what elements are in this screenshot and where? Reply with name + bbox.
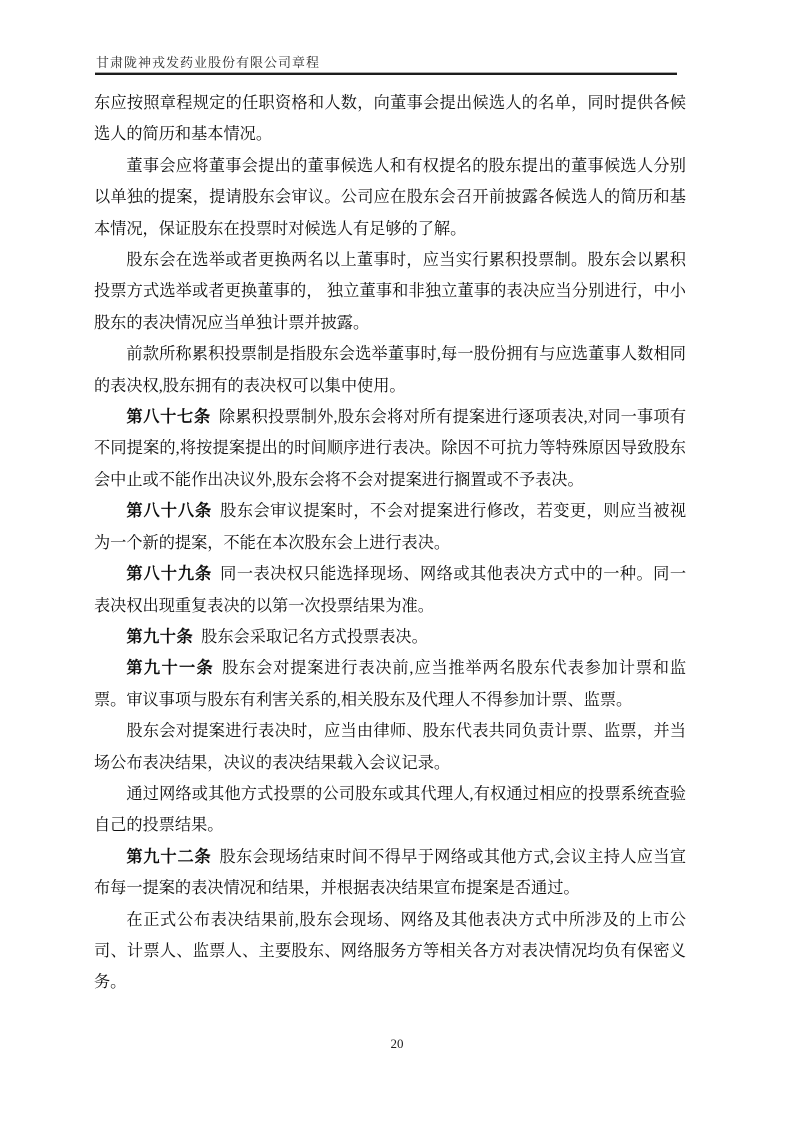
paragraph-text: 股东会采取记名方式投票表决。 (201, 628, 428, 646)
paragraph: 股东会对提案进行表决时，应当由律师、股东代表共同负责计票、监票，并当场公布表决结… (94, 716, 686, 779)
article-number: 第九十条 (126, 628, 193, 646)
paragraph: 第九十二条股东会现场结束时间不得早于网络或其他方式,会议主持人应当宣布每一提案的… (94, 842, 686, 905)
header-rule-dark-line (95, 73, 677, 75)
paragraph: 股东会在选举或者更换两名以上董事时，应当实行累积投票制。股东会以累积投票方式选举… (94, 245, 686, 339)
page-number: 20 (0, 1036, 794, 1052)
paragraph: 在正式公布表决结果前,股东会现场、网络及其他表决方式中所涉及的上市公司、计票人、… (94, 905, 686, 999)
paragraph: 第八十七条除累积投票制外,股东会将对所有提案进行逐项表决,对同一事项有不同提案的… (94, 402, 686, 496)
page-header-title: 甘肃陇神戎发药业股份有限公司章程 (96, 52, 678, 71)
paragraph: 通过网络或其他方式投票的公司股东或其代理人,有权通过相应的投票系统查验自己的投票… (94, 779, 686, 842)
document-body: 东应按照章程规定的任职资格和人数，向董事会提出候选人的名单，同时提供各候选人的简… (94, 88, 686, 999)
article-number: 第八十七条 (126, 408, 210, 426)
header-rule (95, 72, 677, 75)
paragraph: 第九十条股东会采取记名方式投票表决。 (94, 622, 686, 653)
article-number: 第八十九条 (126, 565, 212, 583)
paragraph: 第八十九条同一表决权只能选择现场、网络或其他表决方式中的一种。同一表决权出现重复… (94, 559, 686, 622)
article-number: 第九十一条 (126, 659, 214, 677)
paragraph: 前款所称累积投票制是指股东会选举董事时,每一股份拥有与应选董事人数相同的表决权,… (94, 339, 686, 402)
paragraph: 董事会应将董事会提出的董事候选人和有权提名的股东提出的董事候选人分别以单独的提案… (94, 151, 686, 245)
paragraph: 第八十八条股东会审议提案时，不会对提案进行修改，若变更，则应当被视为一个新的提案… (94, 496, 686, 559)
article-number: 第八十八条 (126, 502, 212, 520)
paragraph: 东应按照章程规定的任职资格和人数，向董事会提出候选人的名单，同时提供各候选人的简… (94, 88, 686, 151)
document-page: 甘肃陇神戎发药业股份有限公司章程 东应按照章程规定的任职资格和人数，向董事会提出… (0, 0, 794, 1122)
paragraph: 第九十一条股东会对提案进行表决前,应当推举两名股东代表参加计票和监票。审议事项与… (94, 653, 686, 716)
article-number: 第九十二条 (126, 848, 211, 866)
